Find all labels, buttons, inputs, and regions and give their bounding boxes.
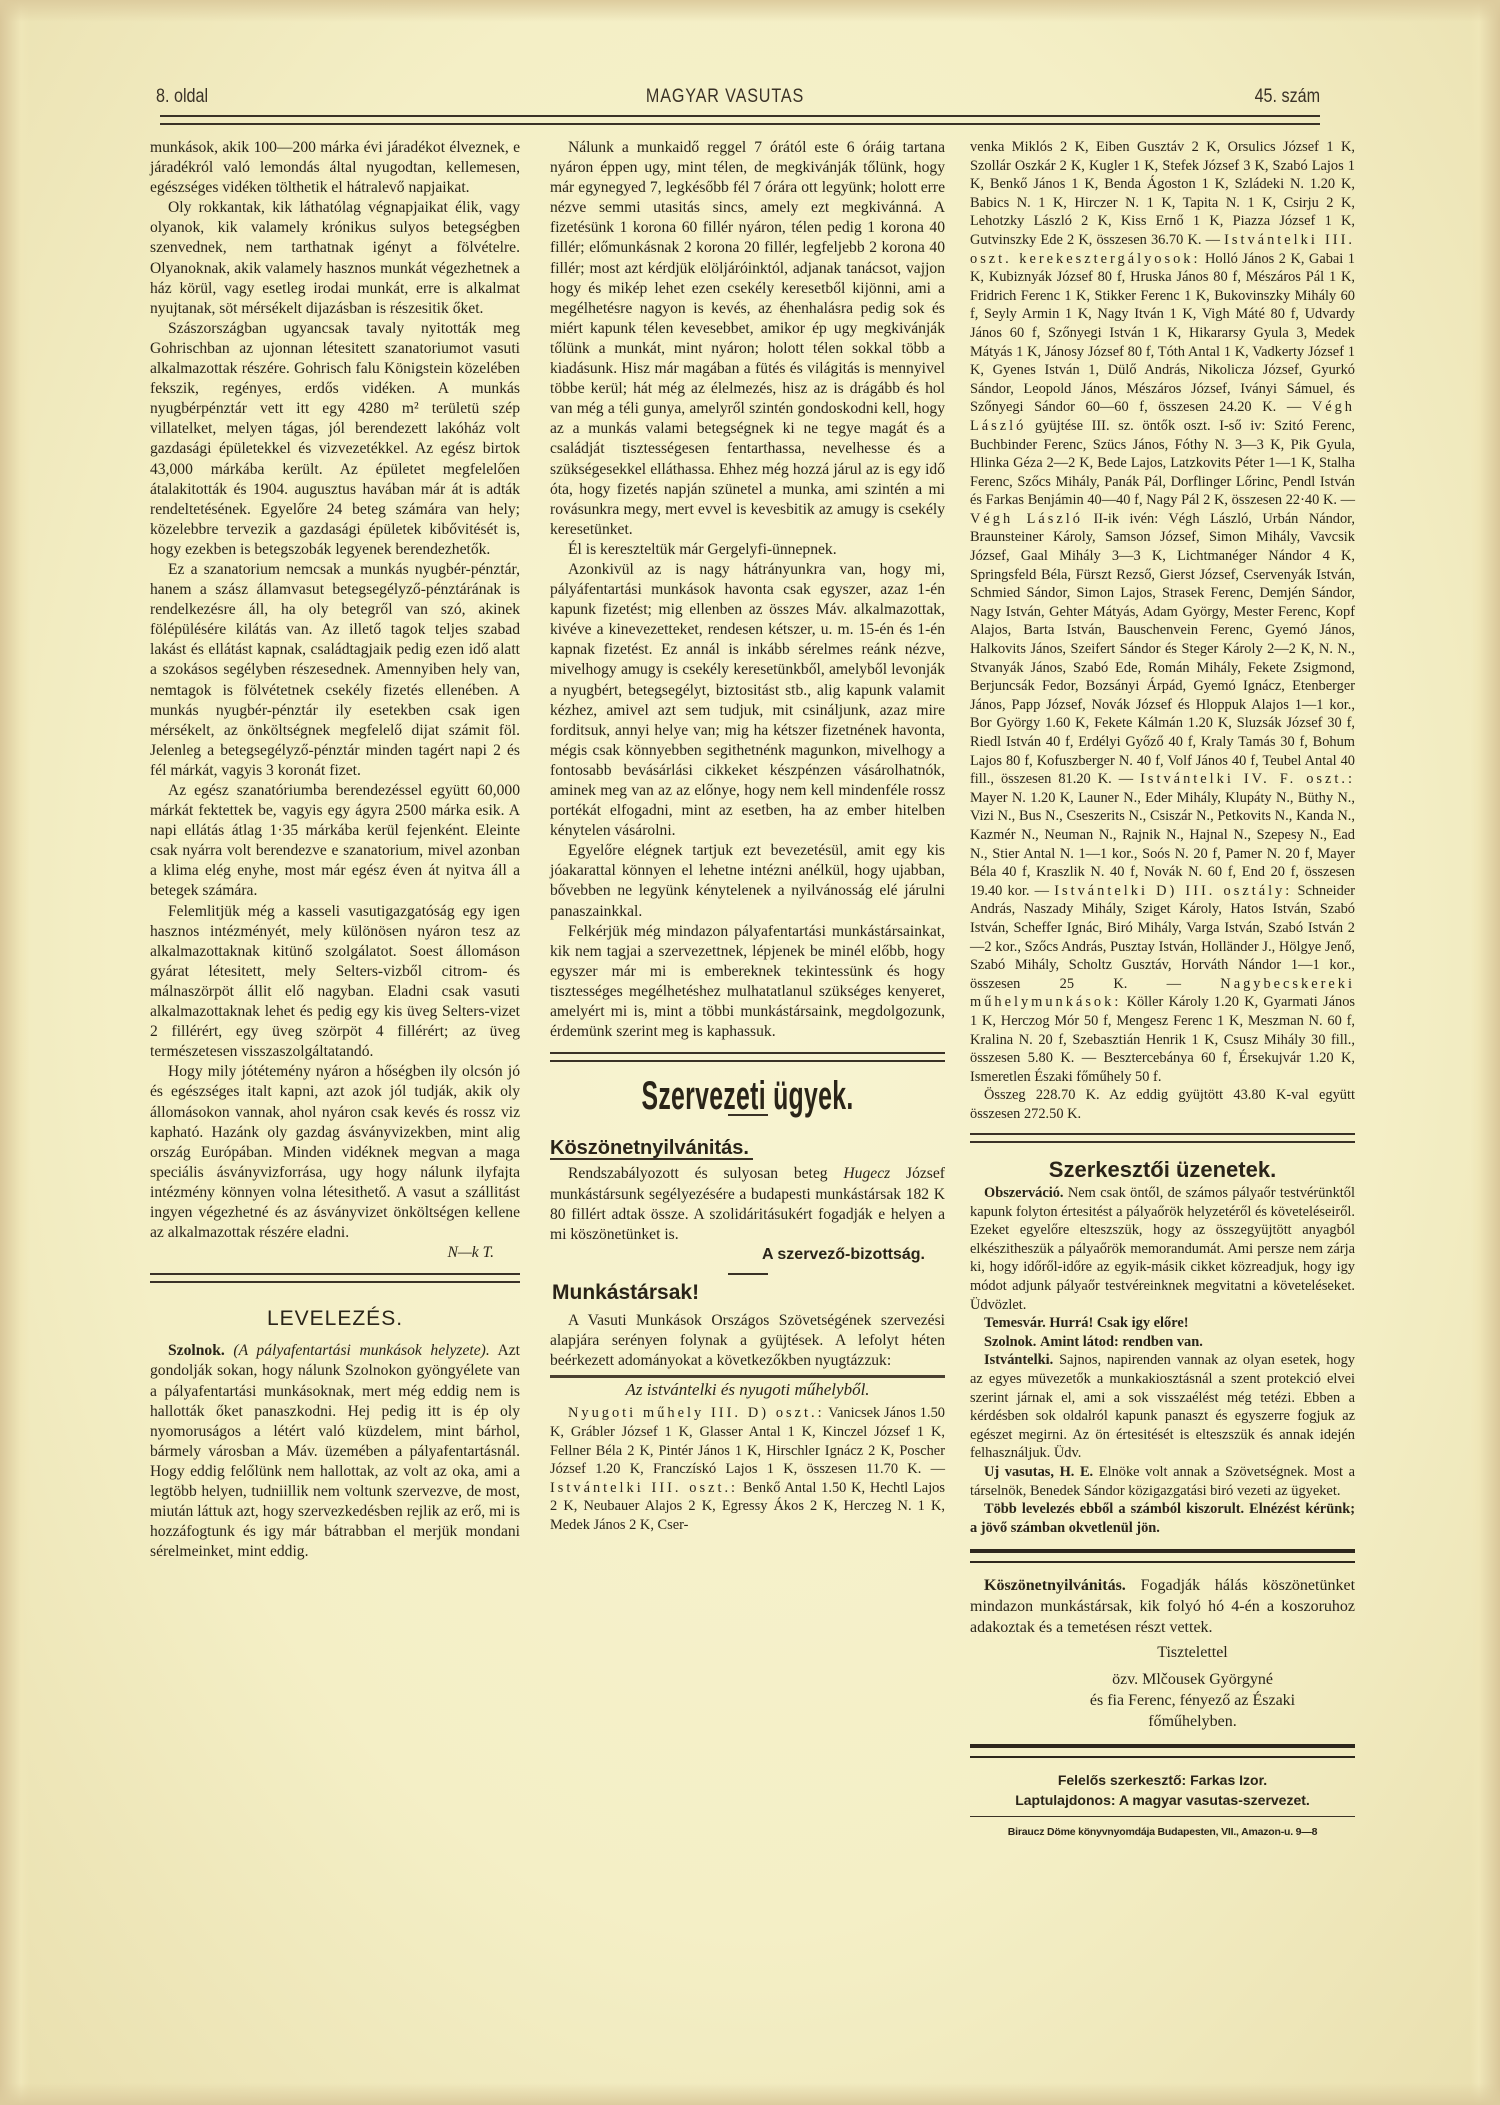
article-paragraph: Szászországban ugyancsak tavaly nyitottá… <box>150 319 520 560</box>
article-paragraph: Azonkivül az is nagy hátrányunkra van, h… <box>550 560 945 841</box>
letter-text: Azt gondolják sokan, hogy nálunk Szolnok… <box>150 1342 520 1560</box>
page-number: 8. oldal <box>156 86 208 108</box>
printer-line: Biraucz Döme könyvnyomdája Budapesten, V… <box>970 1823 1355 1842</box>
donations-total: Összeg 228.70 K. Az eddig gyüjtött 43.80… <box>970 1086 1355 1123</box>
masthead-rule <box>160 115 1320 125</box>
koszonet-name: Hugecz <box>843 1165 890 1182</box>
message-text: Nem csak öntől, de számos pályaőr testvé… <box>970 1185 1355 1313</box>
thanks-heading: Köszönetnyilvánitás. <box>984 1577 1126 1594</box>
subheading-workshop: Az istvántelki és nyugoti műhelyből. <box>550 1375 945 1400</box>
article-signature: N—k T. <box>150 1243 494 1263</box>
message-recipient: Uj vasutas, H. E. <box>984 1464 1093 1480</box>
message-text: Hurrá! Csak igy előre! <box>1049 1315 1188 1331</box>
message-recipient: Szolnok. <box>984 1334 1036 1350</box>
column-2: Nálunk a munkaidő reggel 7 órától este 6… <box>550 138 945 1535</box>
publication-title: MAGYAR VASUTAS <box>627 86 823 108</box>
donations-list: Holló János 2 K, Gabai 1 K, Kubiznyák Jó… <box>970 251 1355 416</box>
paper-edge-right <box>1470 0 1500 2105</box>
editor-message: Szolnok. Amint látod: rendben van. <box>970 1333 1355 1352</box>
article-paragraph: Ez a szanatorium nemcsak a munkás nyugbé… <box>150 560 520 781</box>
letter-subtitle: (A pályafentartási munkások helyzete). <box>233 1342 489 1359</box>
subheading-koszonet: Köszönetnyilvánitás. <box>550 1138 753 1160</box>
issue-number: 45. szám <box>1254 86 1320 108</box>
thanks-notice: Köszönetnyilvánitás. Fogadják hálás kösz… <box>970 1575 1355 1732</box>
donations-group-label: Nyugoti műhely III. D) oszt.: <box>568 1405 825 1421</box>
thanks-paragraph: Köszönetnyilvánitás. Fogadják hálás kösz… <box>970 1575 1355 1638</box>
donations-list: II-ik ivén: Végh László, Urbán Nándor, B… <box>970 511 1355 787</box>
article-paragraph: Oly rokkantak, kik láthatólag végnapjaik… <box>150 198 520 319</box>
newspaper-page: 8. oldal MAGYAR VASUTAS 45. szám munkáso… <box>0 0 1500 2105</box>
donations-group-label: Istvántelki IV. F. oszt.: <box>1140 771 1355 787</box>
imprint: Felelős szerkesztő: Farkas Izor. Laptula… <box>970 1770 1355 1810</box>
donations-group-label: Istvántelki III. oszt.: <box>550 1480 738 1496</box>
masthead: 8. oldal MAGYAR VASUTAS 45. szám <box>150 86 1320 114</box>
subheading-munkastarsak: Munkástársak! <box>552 1283 945 1303</box>
article-paragraph: Egyelőre elégnek tartjuk ezt bevezetésül… <box>550 841 945 921</box>
section-divider <box>150 1273 520 1283</box>
section-heading-szervezeti: Szervezeti ügyek. <box>625 1086 870 1106</box>
donations-paragraph: venka Miklós 2 K, Eiben Gusztáv 2 K, Ors… <box>970 138 1355 1086</box>
section-heading-levelezes: LEVELEZÉS. <box>150 1309 520 1329</box>
koszonet-paragraph: Rendszabályozott és sulyosan beteg Hugec… <box>550 1164 945 1244</box>
editor-message: Temesvár. Hurrá! Csak igy előre! <box>970 1314 1355 1333</box>
letter-paragraph: Szolnok. (A pályafentartási munkások hel… <box>150 1341 520 1562</box>
section-divider <box>970 1133 1355 1143</box>
message-recipient: Temesvár. <box>984 1315 1046 1331</box>
editor-message: Istvántelki. Sajnos, napirenden vannak a… <box>970 1351 1355 1463</box>
paper-edge-top <box>0 0 1500 22</box>
section-heading-szerkesztoi: Szerkesztői üzenetek. <box>970 1161 1355 1180</box>
koszonet-text-pre: Rendszabályozott és sulyosan beteg <box>568 1165 828 1182</box>
thanks-signer-detail: főműhelyben. <box>1030 1711 1355 1732</box>
message-recipient: Több levelezés ebből a számból kiszorult… <box>970 1501 1355 1536</box>
column-1: munkások, akik 100—200 márka évi járadék… <box>150 138 520 1562</box>
message-recipient: Istvántelki. <box>984 1352 1053 1368</box>
message-text: Sajnos, napirenden vannak az olyan esete… <box>970 1352 1355 1461</box>
donations-group-label: Végh László <box>970 511 1083 527</box>
paper-edge-bottom <box>0 2083 1500 2105</box>
article-paragraph: Felkérjük még mindazon pályafentartási m… <box>550 922 945 1043</box>
donations-group-label: Istvántelki D) III. osztály: <box>1054 883 1292 899</box>
message-text: Amint látod: rendben van. <box>1040 1334 1203 1350</box>
article-paragraph: Hogy mily jótétemény nyáron a hőségben i… <box>150 1062 520 1243</box>
thanks-signer-detail: és fia Ferenc, fényező az Északi <box>1030 1690 1355 1711</box>
thanks-closing: Tisztelettel <box>1030 1642 1355 1663</box>
publisher: Laptulajdonos: A magyar vasutas-szerveze… <box>970 1790 1355 1810</box>
donations-list: gyüjtése III. sz. öntők oszt. I-ső iv: S… <box>970 418 1355 508</box>
editor-message: Obszerváció. Nem csak öntől, de számos p… <box>970 1184 1355 1314</box>
article-paragraph: munkások, akik 100—200 márka évi járadék… <box>150 138 520 198</box>
imprint-divider <box>970 1816 1355 1817</box>
article-paragraph: Felemlitjük még a kasseli vasutigazgatós… <box>150 902 520 1063</box>
article-paragraph: Az egész szanatóriumba berendezéssel egy… <box>150 781 520 902</box>
message-recipient: Obszerváció. <box>984 1185 1064 1201</box>
dash-divider <box>728 1273 768 1275</box>
section-divider <box>970 1744 1355 1758</box>
section-divider <box>550 1052 945 1062</box>
donations-paragraph: Nyugoti műhely III. D) oszt.: Vanicsek J… <box>550 1404 945 1534</box>
paper-edge-left <box>0 0 30 2105</box>
thanks-signer: özv. Mlčousek Györgyné <box>1030 1669 1355 1690</box>
section-divider <box>970 1549 1355 1563</box>
column-3: venka Miklós 2 K, Eiben Gusztáv 2 K, Ors… <box>970 138 1355 1842</box>
letter-location: Szolnok. <box>168 1342 225 1359</box>
editor-message: Uj vasutas, H. E. Elnöke volt annak a Sz… <box>970 1463 1355 1500</box>
koszonet-signature: A szervező-bizottság. <box>550 1245 925 1265</box>
munkastarsak-paragraph: A Vasuti Munkások Országos Szövetségének… <box>550 1311 945 1371</box>
article-paragraph: Nálunk a munkaidő reggel 7 órától este 6… <box>550 138 945 540</box>
article-paragraph: Él is kereszteltük már Gergelyfi-ünnepne… <box>550 540 945 560</box>
editor-message: Több levelezés ebből a számból kiszorult… <box>970 1500 1355 1537</box>
responsible-editor: Felelős szerkesztő: Farkas Izor. <box>970 1770 1355 1790</box>
